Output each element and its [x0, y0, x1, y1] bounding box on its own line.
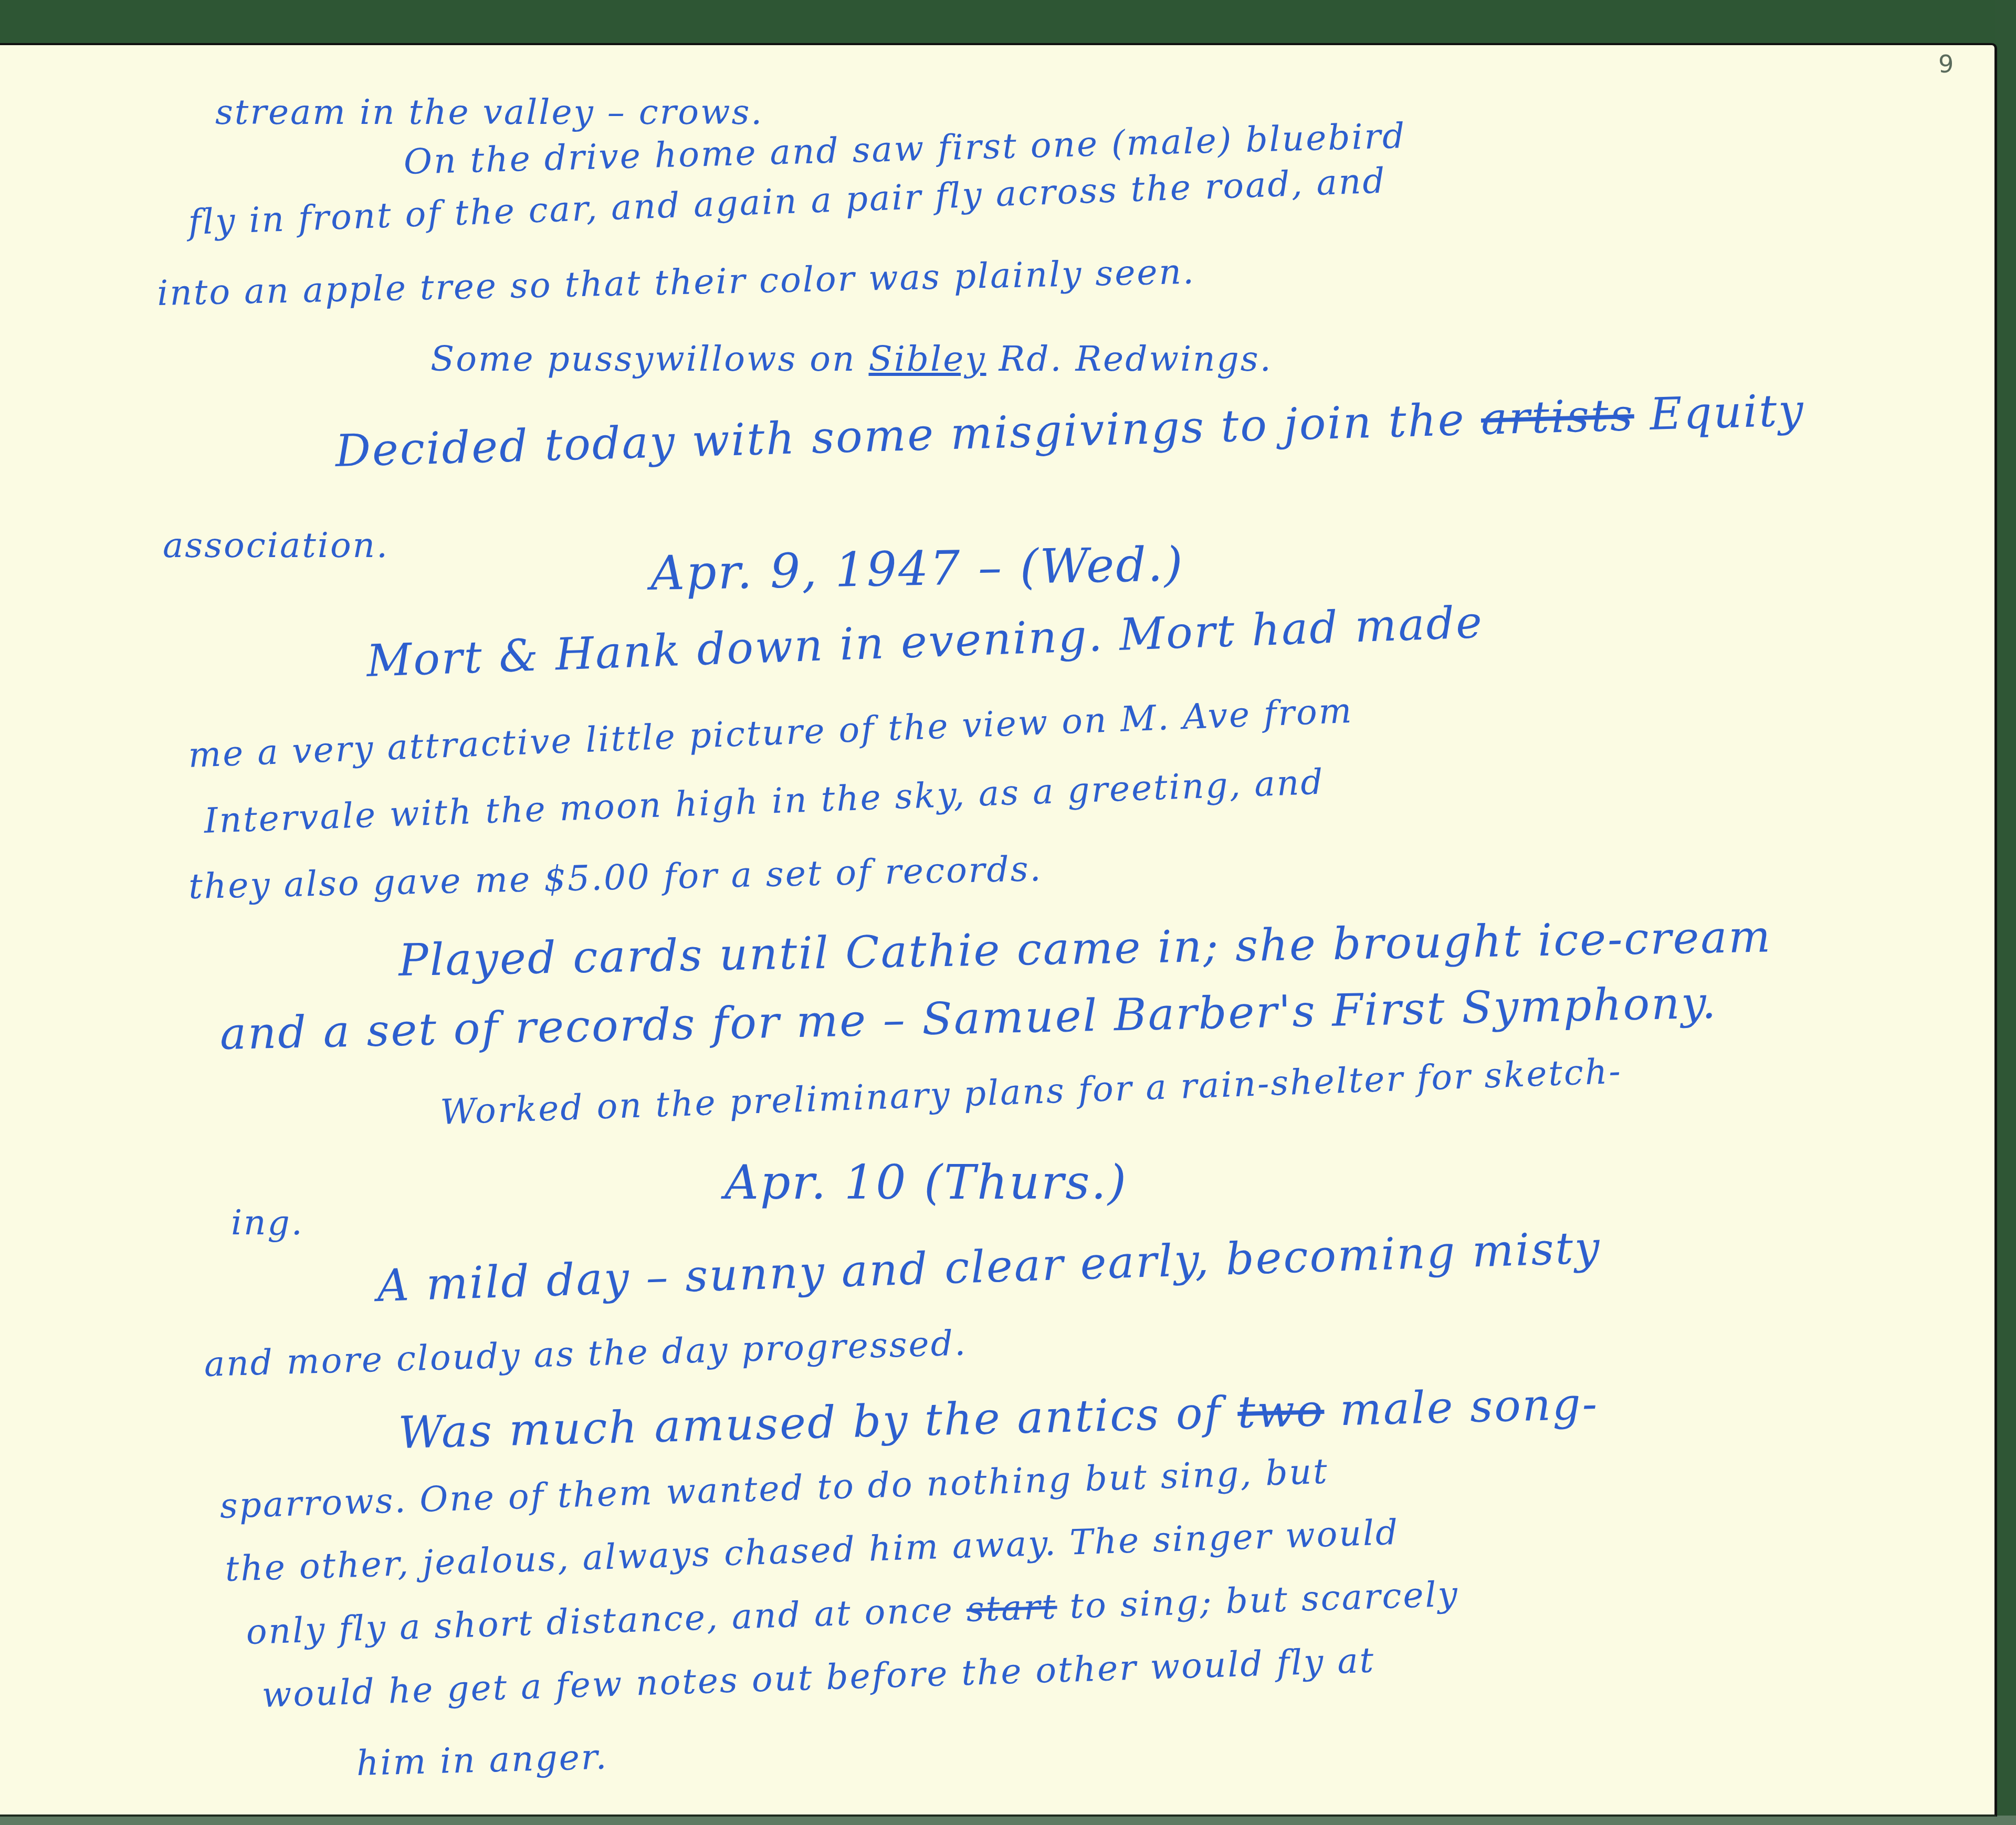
journal-line: stream in the valley – crows.: [215, 92, 763, 132]
struck-word: start: [966, 1586, 1058, 1629]
date-text: Apr. 10 (Thurs.): [724, 1155, 1128, 1210]
line-text: ing.: [231, 1202, 304, 1243]
scan-backdrop-top: [0, 0, 2016, 43]
page-number: 9: [1938, 50, 1954, 78]
scan-backdrop-right: [1995, 0, 2016, 1825]
line-text: stream in the valley – crows.: [215, 92, 763, 132]
underlined-word: Sibley: [868, 339, 986, 379]
entry-date-heading: Apr. 9, 1947 – (Wed.): [650, 537, 1184, 601]
journal-line: ing.: [231, 1202, 304, 1243]
line-text: Some pussywillows on: [430, 339, 868, 379]
entry-date-heading: Apr. 10 (Thurs.): [724, 1155, 1128, 1210]
scan-backdrop-bottom: [0, 1816, 2016, 1825]
line-text: him in anger.: [356, 1736, 608, 1784]
line-text: male song-: [1324, 1378, 1599, 1436]
line-text: Rd. Redwings.: [986, 339, 1273, 379]
date-text: Apr. 9, 1947 – (Wed.): [650, 537, 1184, 601]
journal-line: Some pussywillows on Sibley Rd. Redwings…: [430, 339, 1273, 379]
journal-line: association.: [163, 525, 389, 565]
line-text: Equity: [1633, 384, 1805, 440]
struck-word: two: [1237, 1385, 1325, 1438]
struck-word: artists: [1480, 389, 1635, 445]
line-text: association.: [163, 525, 389, 565]
journal-line: him in anger.: [356, 1736, 608, 1784]
